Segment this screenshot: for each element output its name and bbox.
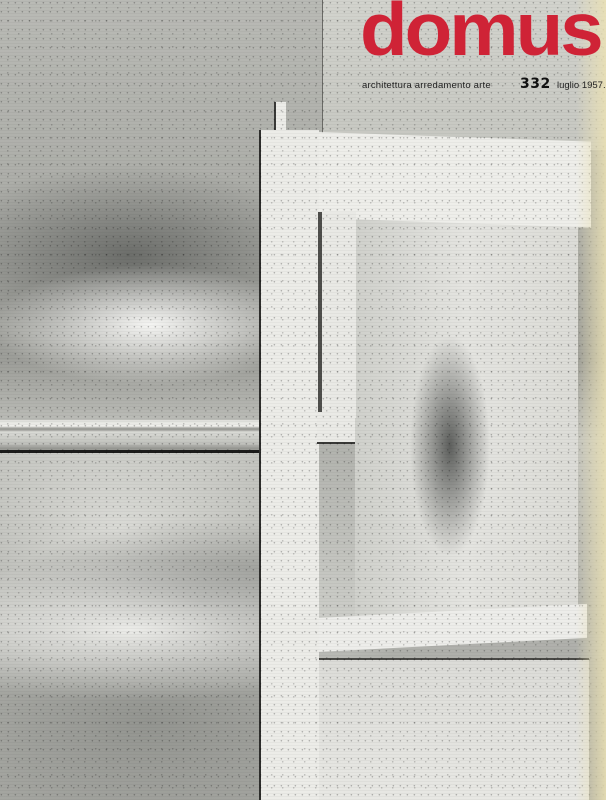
frame-post bbox=[274, 102, 286, 132]
magazine-tagline: architettura arredamento arte bbox=[362, 80, 491, 91]
issue-date: luglio 1957. bbox=[557, 80, 606, 91]
frame-left-bar bbox=[259, 130, 319, 800]
magazine-cover: domus architettura arredamento arte 332 … bbox=[0, 0, 606, 800]
frame-arm bbox=[317, 412, 355, 444]
horizontal-ledge bbox=[0, 420, 260, 453]
frame-pane-lower bbox=[317, 658, 589, 800]
frame-pane-notch bbox=[317, 442, 355, 638]
frame-inner-strip bbox=[318, 212, 356, 418]
frame-pane-upper bbox=[352, 216, 578, 636]
issue-number: 332 bbox=[520, 76, 551, 92]
paper-edge-tint bbox=[576, 0, 606, 800]
magazine-logo: domus bbox=[360, 0, 601, 66]
